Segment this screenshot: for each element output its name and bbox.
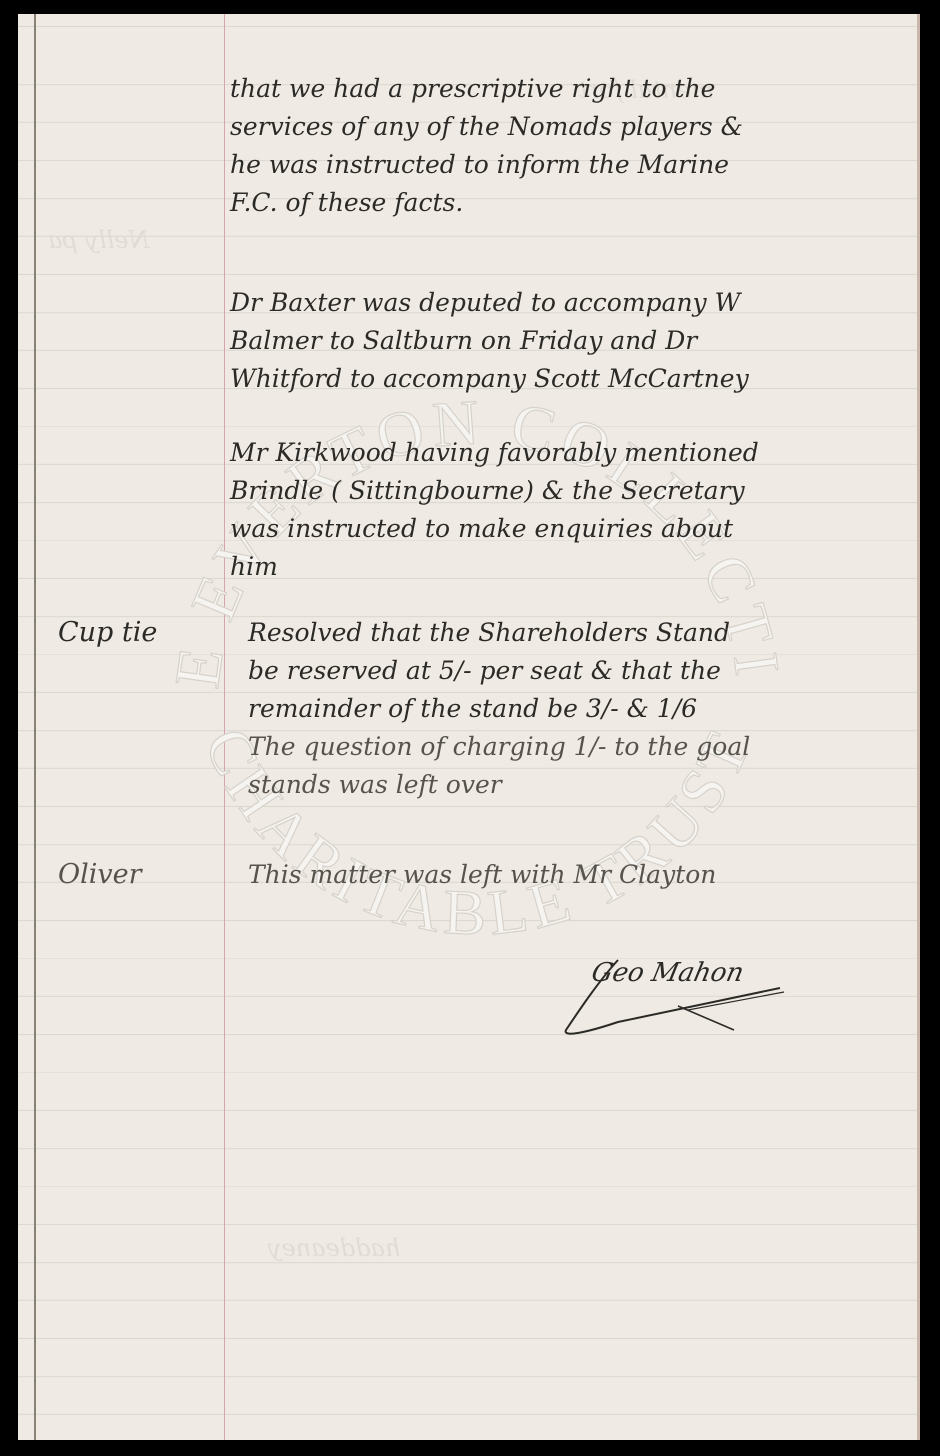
- minute-book-page: mental fort Nelly pa haddeaney THE EVERT…: [18, 14, 920, 1440]
- entry-line: Resolved that the Shareholders Stand: [248, 614, 920, 652]
- bleed-through-text: haddeaney: [268, 1234, 400, 1262]
- entry-line: be reserved at 5/- per seat & that the: [248, 652, 920, 690]
- entry-cup-tie-stand-prices: Resolved that the Shareholders Stand be …: [230, 614, 920, 804]
- entry-line: him: [230, 548, 920, 586]
- entry-line: F.C. of these facts.: [230, 184, 920, 222]
- entry-line: The question of charging 1/- to the goal: [248, 728, 920, 766]
- entry-brindle-enquiry: Mr Kirkwood having favorably mentioned B…: [230, 434, 920, 586]
- entry-line: remainder of the stand be 3/- & 1/6: [248, 690, 920, 728]
- signature: Geo Mahon: [558, 952, 788, 1042]
- binding-rule: [34, 14, 36, 1440]
- entry-line: This matter was left with Mr Clayton: [248, 856, 920, 894]
- entry-line: was instructed to make enquiries about: [230, 510, 920, 548]
- entry-oliver-matter: This matter was left with Mr Clayton: [230, 856, 920, 894]
- entry-line: Brindle ( Sittingbourne) & the Secretary: [230, 472, 920, 510]
- entry-line: he was instructed to inform the Marine: [230, 146, 920, 184]
- entry-line: Dr Baxter was deputed to accompany W: [230, 284, 920, 322]
- entry-saltburn-visit: Dr Baxter was deputed to accompany W Bal…: [230, 284, 920, 398]
- entry-nomads-players: that we had a prescriptive right to the …: [230, 70, 920, 222]
- entry-line: that we had a prescriptive right to the: [230, 70, 920, 108]
- entry-line: Mr Kirkwood having favorably mentioned: [230, 434, 920, 472]
- margin-label-oliver: Oliver: [58, 856, 142, 894]
- entry-line: stands was left over: [248, 766, 920, 804]
- red-margin-rule: [224, 14, 225, 1440]
- entry-line: Balmer to Saltburn on Friday and Dr: [230, 322, 920, 360]
- margin-label-cup-tie: Cup tie: [58, 614, 157, 652]
- bleed-through-text: Nelly pa: [48, 226, 149, 254]
- signature-flourish-icon: [558, 952, 788, 1042]
- entry-line: Whitford to accompany Scott McCartney: [230, 360, 920, 398]
- entry-line: services of any of the Nomads players &: [230, 108, 920, 146]
